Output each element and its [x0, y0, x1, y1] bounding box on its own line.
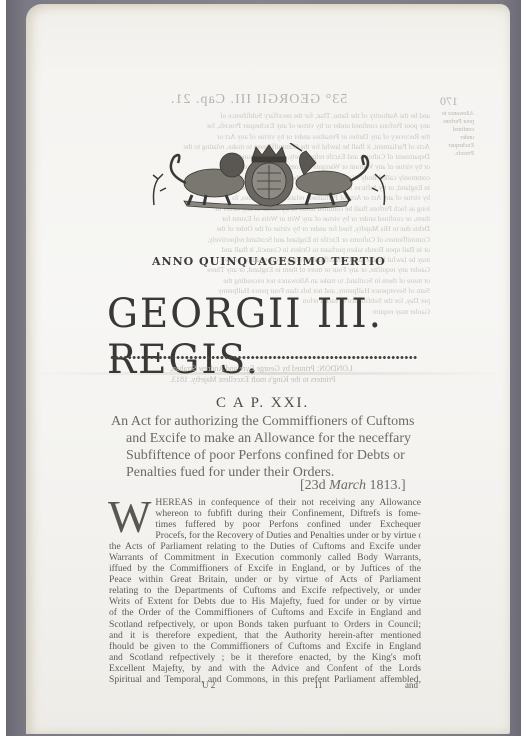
sheet-number: 11 — [314, 680, 323, 690]
bleed-through-text: and be the Authority of the fame, That, … — [130, 111, 430, 317]
anno-heading: ANNO QUINQUAGESIMO TERTIO — [152, 255, 386, 268]
signature-mark: U 2 — [202, 680, 215, 690]
royal-coat-of-arms-icon — [134, 143, 404, 213]
bleed-folio: 170 — [440, 94, 458, 109]
act-title: An Act for authorizing the Commiffioners… — [111, 413, 423, 481]
enactment-date: [23d March 1813.] — [300, 478, 406, 494]
bleed-margin-note: Allowance to poor Perfons confined under… — [438, 110, 474, 158]
catchword: and — [405, 680, 418, 690]
bleed-imprint: LONDON: Printed by George Eyre and Andre… — [170, 363, 420, 385]
chapter-heading: C A P. XXI. — [216, 395, 309, 412]
dotted-rule — [110, 355, 417, 360]
preamble-text: W HEREAS in confequence of their not rec… — [109, 497, 421, 685]
bleed-running-head: 53° GEORGII III. Cap. 21. — [170, 92, 347, 108]
drop-cap: W — [108, 499, 151, 535]
